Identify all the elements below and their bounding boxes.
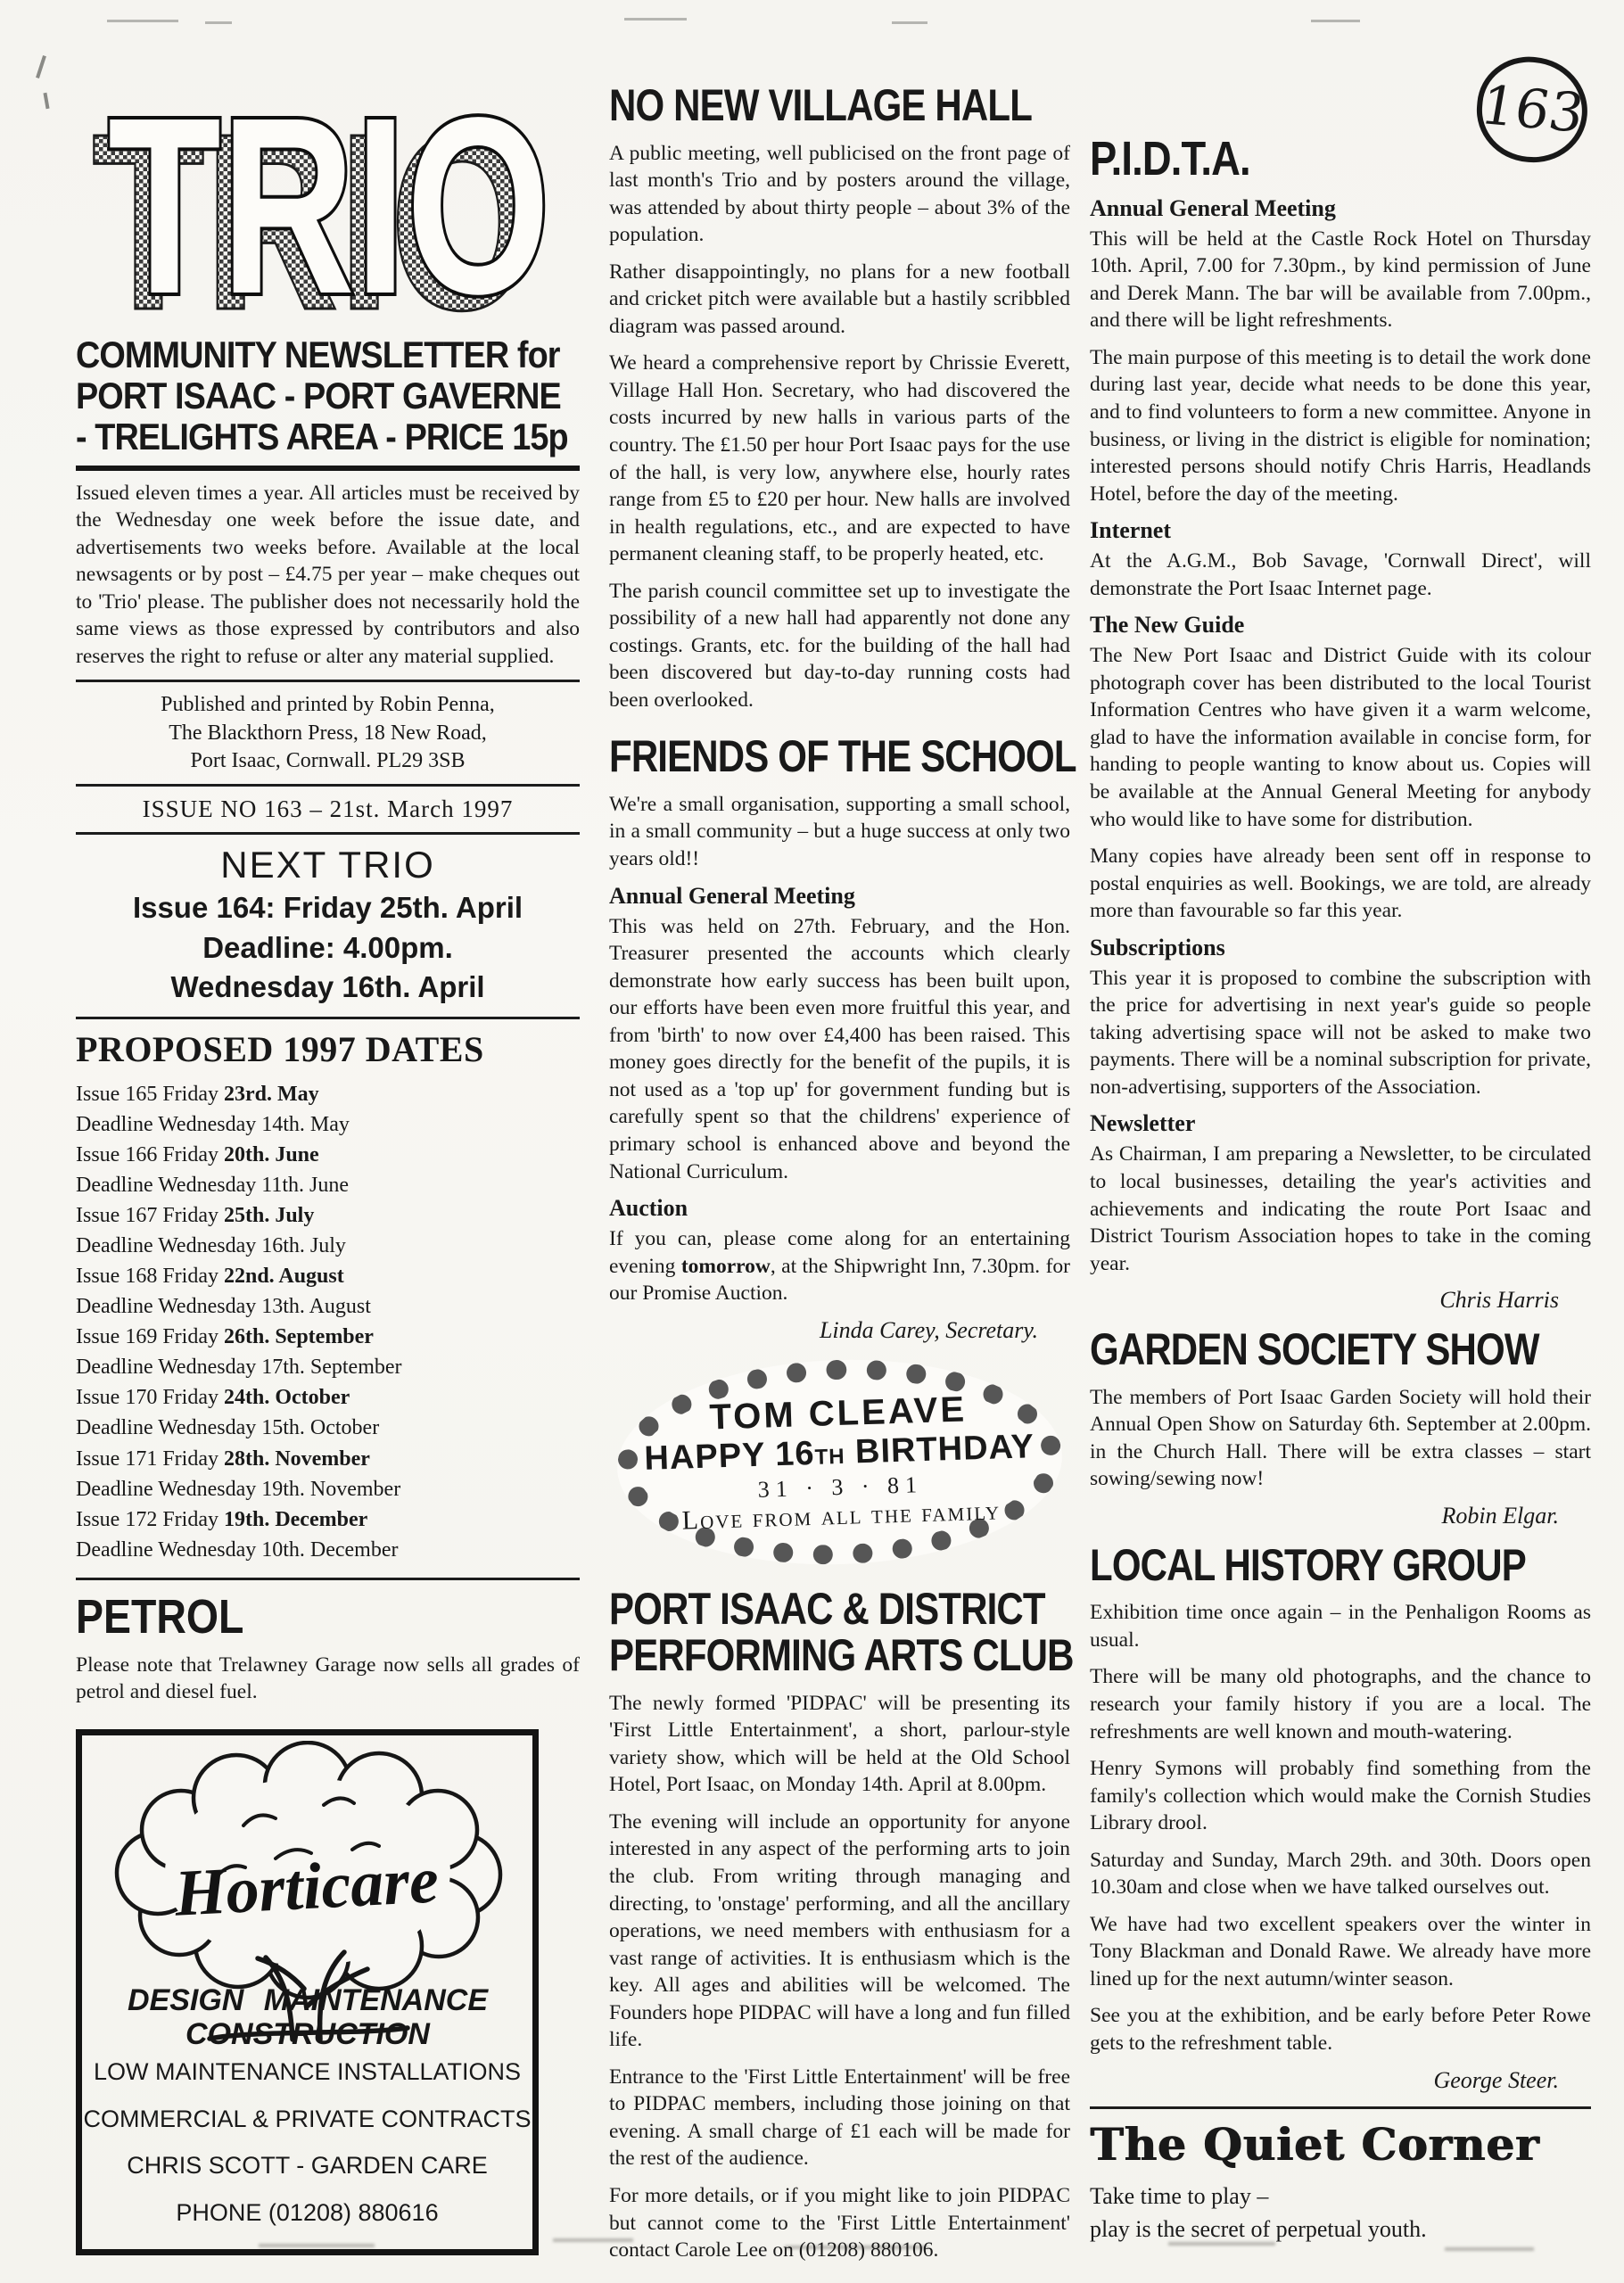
article-paragraph: The members of Port Isaac Garden Society… bbox=[1090, 1384, 1591, 1493]
scan-artifact bbox=[1445, 2247, 1534, 2251]
friends-auction-subhead: Auction bbox=[609, 1195, 1070, 1222]
article-paragraph: We have had two excellent speakers over … bbox=[1090, 1911, 1591, 1993]
issue-number-line: ISSUE NO 163 – 21st. March 1997 bbox=[76, 795, 580, 823]
masthead-subtitle-line: - TRELIGHTS AREA - PRICE 15p bbox=[76, 416, 530, 457]
garden-signature: Robin Elgar. bbox=[1090, 1503, 1591, 1529]
ad-line: PHONE (01208) 880616 bbox=[82, 2189, 532, 2237]
quiet-corner-heading: The Quiet Corner bbox=[1090, 2118, 1591, 2171]
article-paragraph: If you can, please come along for an ent… bbox=[609, 1225, 1070, 1307]
date-text: Deadline Wednesday 13th. August bbox=[76, 1295, 371, 1318]
article-paragraph: Henry Symons will probably find somethin… bbox=[1090, 1755, 1591, 1837]
date-row: Deadline Wednesday 17th. September bbox=[76, 1352, 580, 1382]
date-text: Deadline Wednesday 15th. October bbox=[76, 1416, 379, 1439]
date-row: Deadline Wednesday 19th. November bbox=[76, 1474, 580, 1504]
friends-heading: FRIENDS OF THE SCHOOL bbox=[609, 733, 996, 780]
divider bbox=[76, 1017, 580, 1019]
horticare-name: Horticare bbox=[171, 1843, 440, 1930]
trio-logo: TRIO TRIO bbox=[83, 59, 580, 331]
next-issue-date: Issue 164: Friday 25th. April bbox=[76, 888, 580, 928]
divider bbox=[76, 784, 580, 787]
scan-artifact bbox=[36, 55, 46, 78]
article-paragraph: We heard a comprehensive report by Chris… bbox=[609, 350, 1070, 567]
date-bold: 26th. September bbox=[224, 1325, 374, 1348]
article-paragraph: There will be many old photographs, and … bbox=[1090, 1663, 1591, 1745]
date-row: Issue 171 Friday 28th. November bbox=[76, 1444, 580, 1474]
pidta-internet-subhead: Internet bbox=[1090, 517, 1591, 544]
ad-line: COMMERCIAL & PRIVATE CONTRACTS bbox=[82, 2096, 532, 2143]
horticare-ad: Horticare DESIGN MAINTENANCE CONSTRUCTIO… bbox=[76, 1729, 539, 2255]
date-row: Issue 170 Friday 24th. October bbox=[76, 1382, 580, 1413]
article-paragraph: This was held on 27th. February, and the… bbox=[609, 913, 1070, 1185]
date-bold: 24th. October bbox=[224, 1386, 350, 1409]
date-text: Deadline Wednesday 14th. May bbox=[76, 1113, 350, 1136]
pidta-guide-subhead: The New Guide bbox=[1090, 612, 1591, 639]
birthday-notice: TOM CLEAVE HAPPY 16TH BIRTHDAY 31 · 3 · … bbox=[614, 1353, 1066, 1571]
article-paragraph: See you at the exhibition, and be early … bbox=[1090, 2002, 1591, 2056]
history-heading: LOCAL HISTORY GROUP bbox=[1090, 1542, 1511, 1589]
next-deadline-time: Deadline: 4.00pm. bbox=[76, 928, 580, 968]
date-row: Deadline Wednesday 16th. July bbox=[76, 1231, 580, 1261]
greeting-th: TH bbox=[814, 1444, 845, 1469]
date-text: Deadline Wednesday 16th. July bbox=[76, 1234, 346, 1257]
ad-word-design: DESIGN bbox=[128, 1983, 245, 2017]
petrol-body: Please note that Trelawney Garage now se… bbox=[76, 1652, 580, 1706]
quiet-corner-line: Take time to play – bbox=[1090, 2180, 1591, 2213]
auction-bold: tomorrow bbox=[681, 1255, 771, 1278]
next-trio-title: NEXT TRIO bbox=[76, 844, 580, 886]
article-paragraph: The newly formed 'PIDPAC' will be presen… bbox=[609, 1690, 1070, 1799]
scan-artifact bbox=[205, 21, 232, 24]
petrol-heading: PETROL bbox=[76, 1589, 509, 1644]
next-deadline-date: Wednesday 16th. April bbox=[76, 968, 580, 1008]
greeting-text: HAPPY 16 bbox=[644, 1434, 815, 1477]
date-text: Issue 166 Friday bbox=[76, 1143, 224, 1166]
scan-artifact bbox=[624, 18, 687, 21]
article-paragraph: The New Port Isaac and District Guide wi… bbox=[1090, 642, 1591, 833]
date-row: Issue 168 Friday 22nd. August bbox=[76, 1261, 580, 1291]
scan-artifact bbox=[892, 21, 927, 24]
article-paragraph: Exhibition time once again – in the Penh… bbox=[1090, 1599, 1591, 1653]
scan-artifact bbox=[1311, 20, 1360, 22]
right-column: P.I.D.T.A. Annual General Meeting This w… bbox=[1090, 52, 1591, 2246]
divider bbox=[76, 1578, 580, 1580]
date-text: Issue 172 Friday bbox=[76, 1508, 224, 1531]
date-row: Issue 169 Friday 26th. September bbox=[76, 1322, 580, 1352]
birthday-from: Love from all the family bbox=[681, 1496, 1001, 1536]
date-row: Issue 167 Friday 25th. July bbox=[76, 1200, 580, 1231]
date-text: Deadline Wednesday 10th. December bbox=[76, 1538, 399, 1562]
date-text: Issue 165 Friday bbox=[76, 1083, 224, 1106]
ad-word-maintenance: MAINTENANCE bbox=[263, 1983, 489, 2017]
date-text: Issue 169 Friday bbox=[76, 1325, 224, 1348]
proposed-dates-heading: PROPOSED 1997 DATES bbox=[76, 1028, 580, 1070]
masthead-intro: Issued eleven times a year. All articles… bbox=[76, 480, 580, 671]
pidta-signature: Chris Harris bbox=[1090, 1287, 1591, 1314]
date-row: Deadline Wednesday 10th. December bbox=[76, 1535, 580, 1565]
next-issue-block: NEXT TRIO Issue 164: Friday 25th. April … bbox=[76, 844, 580, 1008]
friends-signature: Linda Carey, Secretary. bbox=[609, 1317, 1070, 1344]
date-text: Issue 170 Friday bbox=[76, 1386, 224, 1409]
published-line: Port Isaac, Cornwall. PL29 3SB bbox=[76, 747, 580, 775]
date-row: Deadline Wednesday 14th. May bbox=[76, 1109, 580, 1140]
date-row: Issue 172 Friday 19th. December bbox=[76, 1504, 580, 1535]
ad-word-construction: CONSTRUCTION bbox=[185, 2017, 431, 2048]
date-row: Deadline Wednesday 13th. August bbox=[76, 1291, 580, 1322]
ad-text-lines: LOW MAINTENANCE INSTALLATIONS COMMERCIAL… bbox=[82, 2048, 532, 2237]
pidta-subscriptions-subhead: Subscriptions bbox=[1090, 935, 1591, 961]
article-paragraph: The main purpose of this meeting is to d… bbox=[1090, 344, 1591, 507]
left-column: TRIO TRIO COMMUNITY NEWSLETTER for PORT … bbox=[76, 59, 580, 2255]
published-line: Published and printed by Robin Penna, bbox=[76, 691, 580, 719]
pidta-agm-subhead: Annual General Meeting bbox=[1090, 195, 1591, 222]
masthead-subtitle-line: COMMUNITY NEWSLETTER for bbox=[76, 334, 530, 375]
date-row: Deadline Wednesday 11th. June bbox=[76, 1170, 580, 1200]
masthead-subtitle-line: PORT ISAAC - PORT GAVERNE bbox=[76, 375, 530, 416]
published-line: The Blackthorn Press, 18 New Road, bbox=[76, 720, 580, 747]
proposed-dates-list: Issue 165 Friday 23rd. May Deadline Wedn… bbox=[76, 1079, 580, 1565]
article-paragraph: A public meeting, well publicised on the… bbox=[609, 140, 1070, 249]
article-paragraph: For more details, or if you might like t… bbox=[609, 2182, 1070, 2264]
trio-logo-text: TRIO bbox=[108, 65, 550, 326]
village-hall-heading: NO NEW VILLAGE HALL bbox=[609, 82, 996, 129]
newsletter-page: 163 TRIO TRIO COMMUNITY NEWSLETTER for P… bbox=[0, 0, 1624, 2283]
ad-line: CHRIS SCOTT - GARDEN CARE bbox=[82, 2142, 532, 2189]
divider bbox=[76, 466, 580, 471]
article-paragraph: At the A.G.M., Bob Savage, 'Cornwall Dir… bbox=[1090, 548, 1591, 602]
date-bold: 22nd. August bbox=[224, 1265, 344, 1288]
quiet-corner-line: play is the secret of perpetual youth. bbox=[1090, 2213, 1591, 2246]
date-text: Issue 168 Friday bbox=[76, 1265, 224, 1288]
date-text: Issue 171 Friday bbox=[76, 1447, 224, 1471]
pidpac-heading-line: PERFORMING ARTS CLUB bbox=[609, 1632, 996, 1679]
scan-artifact bbox=[43, 93, 49, 109]
date-row: Issue 166 Friday 20th. June bbox=[76, 1140, 580, 1170]
history-signature: George Steer. bbox=[1090, 2067, 1591, 2094]
divider bbox=[1090, 2106, 1591, 2109]
date-row: Deadline Wednesday 15th. October bbox=[76, 1413, 580, 1443]
horticare-tree-art: Horticare DESIGN MAINTENANCE CONSTRUCTIO… bbox=[85, 1741, 531, 2048]
article-paragraph: Entrance to the 'First Little Entertainm… bbox=[609, 2064, 1070, 2172]
date-bold: 19th. December bbox=[224, 1508, 367, 1531]
article-paragraph: As Chairman, I am preparing a Newsletter… bbox=[1090, 1141, 1591, 1277]
birthday-greeting: HAPPY 16TH BIRTHDAY bbox=[644, 1427, 1035, 1478]
date-text: Issue 167 Friday bbox=[76, 1204, 224, 1227]
date-text: Deadline Wednesday 17th. September bbox=[76, 1356, 402, 1379]
pidta-newsletter-subhead: Newsletter bbox=[1090, 1110, 1591, 1137]
garden-heading: GARDEN SOCIETY SHOW bbox=[1090, 1326, 1511, 1373]
article-paragraph: Saturday and Sunday, March 29th. and 30t… bbox=[1090, 1847, 1591, 1901]
date-row: Issue 165 Friday 23rd. May bbox=[76, 1079, 580, 1109]
trio-logo-art: TRIO TRIO bbox=[83, 59, 569, 326]
ad-line: LOW MAINTENANCE INSTALLATIONS bbox=[82, 2048, 532, 2096]
date-text: Deadline Wednesday 11th. June bbox=[76, 1174, 349, 1197]
date-text: Deadline Wednesday 19th. November bbox=[76, 1478, 400, 1501]
divider bbox=[76, 680, 580, 682]
scan-artifact bbox=[107, 20, 178, 22]
published-block: Published and printed by Robin Penna, Th… bbox=[76, 691, 580, 775]
greeting-text: BIRTHDAY bbox=[845, 1427, 1035, 1471]
article-paragraph: The parish council committee set up to i… bbox=[609, 578, 1070, 714]
date-bold: 25th. July bbox=[224, 1204, 314, 1227]
middle-column: NO NEW VILLAGE HALL A public meeting, we… bbox=[609, 82, 1070, 2274]
date-bold: 20th. June bbox=[224, 1143, 319, 1166]
pidpac-heading-line: PORT ISAAC & DISTRICT bbox=[609, 1586, 996, 1633]
friends-agm-subhead: Annual General Meeting bbox=[609, 883, 1070, 910]
date-bold: 23rd. May bbox=[224, 1083, 319, 1106]
article-paragraph: Rather disappointingly, no plans for a n… bbox=[609, 259, 1070, 341]
article-paragraph: This will be held at the Castle Rock Hot… bbox=[1090, 226, 1591, 334]
article-paragraph: We're a small organisation, supporting a… bbox=[609, 791, 1070, 873]
article-paragraph: Many copies have already been sent off i… bbox=[1090, 843, 1591, 925]
pidta-heading: P.I.D.T.A. bbox=[1090, 134, 1511, 185]
divider bbox=[76, 832, 580, 835]
article-paragraph: This year it is proposed to combine the … bbox=[1090, 965, 1591, 1101]
article-paragraph: The evening will include an opportunity … bbox=[609, 1809, 1070, 2054]
date-bold: 28th. November bbox=[224, 1447, 370, 1471]
